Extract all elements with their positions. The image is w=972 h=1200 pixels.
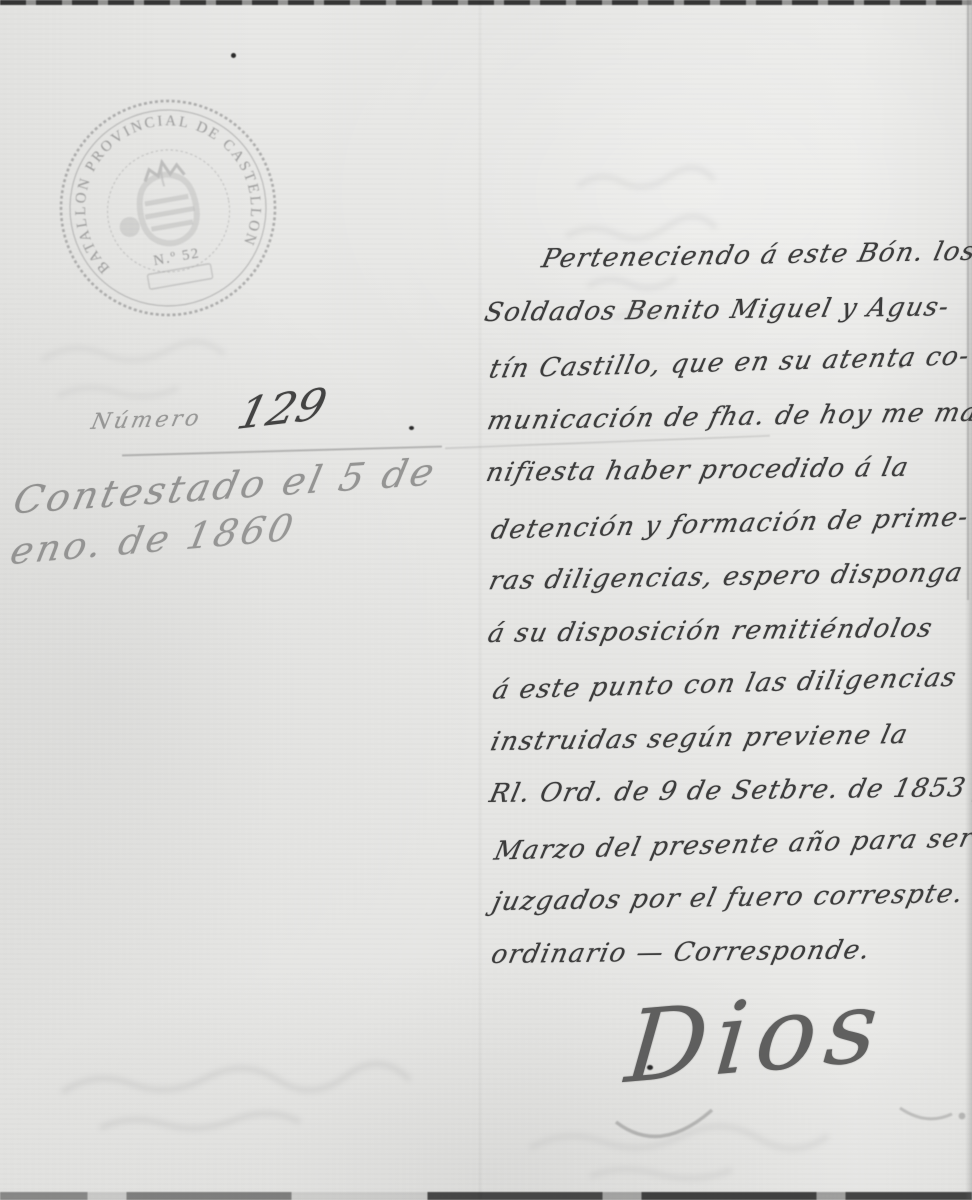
stamp-number-text: N.º 52 [152, 245, 201, 269]
ink-speck [899, 364, 903, 368]
ink-speck [409, 426, 414, 430]
bleed-through-top-right [548, 158, 778, 338]
manuscript-line: juzgados por el fuero correspte. [486, 868, 972, 930]
manuscript-line: á su disposición remitiéndolos [482, 601, 972, 661]
bleed-through-under-stamp [28, 330, 238, 420]
center-fold-line [479, 0, 481, 1200]
scan-top-edge [0, 0, 972, 5]
manuscript-line: nifiesta haber procedido á la [481, 441, 972, 501]
manuscript-line: municación de fha. de hoy me ma- [481, 386, 972, 448]
manuscript-line: Rl. Ord. de 9 de Setbre. de 1853 y Rl. [484, 762, 972, 822]
stamp-graphic: BATALLON PROVINCIAL DE CASTELLON N.º 52 [31, 71, 304, 344]
manuscript-line: ras diligencias, espero disponga [483, 547, 972, 609]
bleed-through-bottom-left [50, 1058, 480, 1148]
manuscript-line: ordinario — Corresponde. [486, 922, 972, 982]
manuscript-body: Perteneciendo á este Bón. los Soldados B… [486, 227, 972, 981]
official-stamp-seal: BATALLON PROVINCIAL DE CASTELLON N.º 52 [31, 71, 304, 344]
registry-number-value: 129 [232, 379, 331, 440]
bleed-through-bottom-right [520, 1118, 940, 1188]
ink-speck [231, 53, 236, 58]
scan-bottom-edge [0, 1192, 972, 1200]
ink-speck [647, 1065, 653, 1070]
manuscript-line: instruidas según previene la [485, 707, 972, 769]
